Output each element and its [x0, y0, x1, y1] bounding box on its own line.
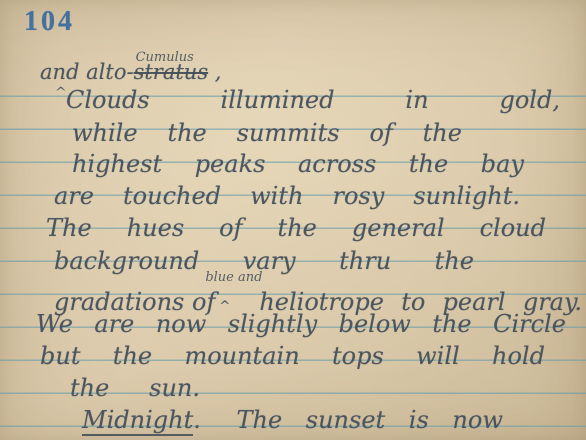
page-number: 104	[24, 6, 75, 38]
handwriting-line-touched: aretouchedwithrosysunlight.	[54, 179, 520, 213]
handwriting-line-midnight: Midnight. The sunset is now	[82, 403, 503, 437]
header-text-pre: and alto-	[40, 60, 134, 84]
inserted-word-cumulus: Cumulus	[136, 51, 194, 64]
handwriting-line-while: whilethesummitsofthe	[72, 116, 462, 150]
handwriting-line-background: backgroundvarythruthe	[54, 244, 474, 278]
journal-page: 104 and alto-Cumulusstratus , ^ Cloudsil…	[0, 0, 586, 440]
inserted-words-blue-and: blue and	[205, 271, 262, 284]
handwriting-line-the-sun: thesun.	[70, 371, 200, 405]
header-text-post: ,	[208, 60, 221, 84]
handwriting-line-hues: Thehuesofthegeneralcloud	[46, 211, 546, 245]
handwriting-line-mountain: butthemountaintopswillhold	[40, 339, 545, 373]
handwriting-line-circle: WearenowslightlybelowtheCircle	[36, 307, 566, 341]
underlined-word-midnight: Midnight	[82, 406, 193, 436]
handwriting-line-clouds: Cloudsilluminedingold,	[66, 83, 560, 117]
midnight-text-rest: . The sunset is now	[193, 406, 503, 434]
handwriting-line-highest: highestpeaksacrossthebay	[72, 147, 524, 181]
insertion-caret: ^	[55, 86, 67, 100]
insertion-wrap: blue and^	[215, 276, 259, 310]
